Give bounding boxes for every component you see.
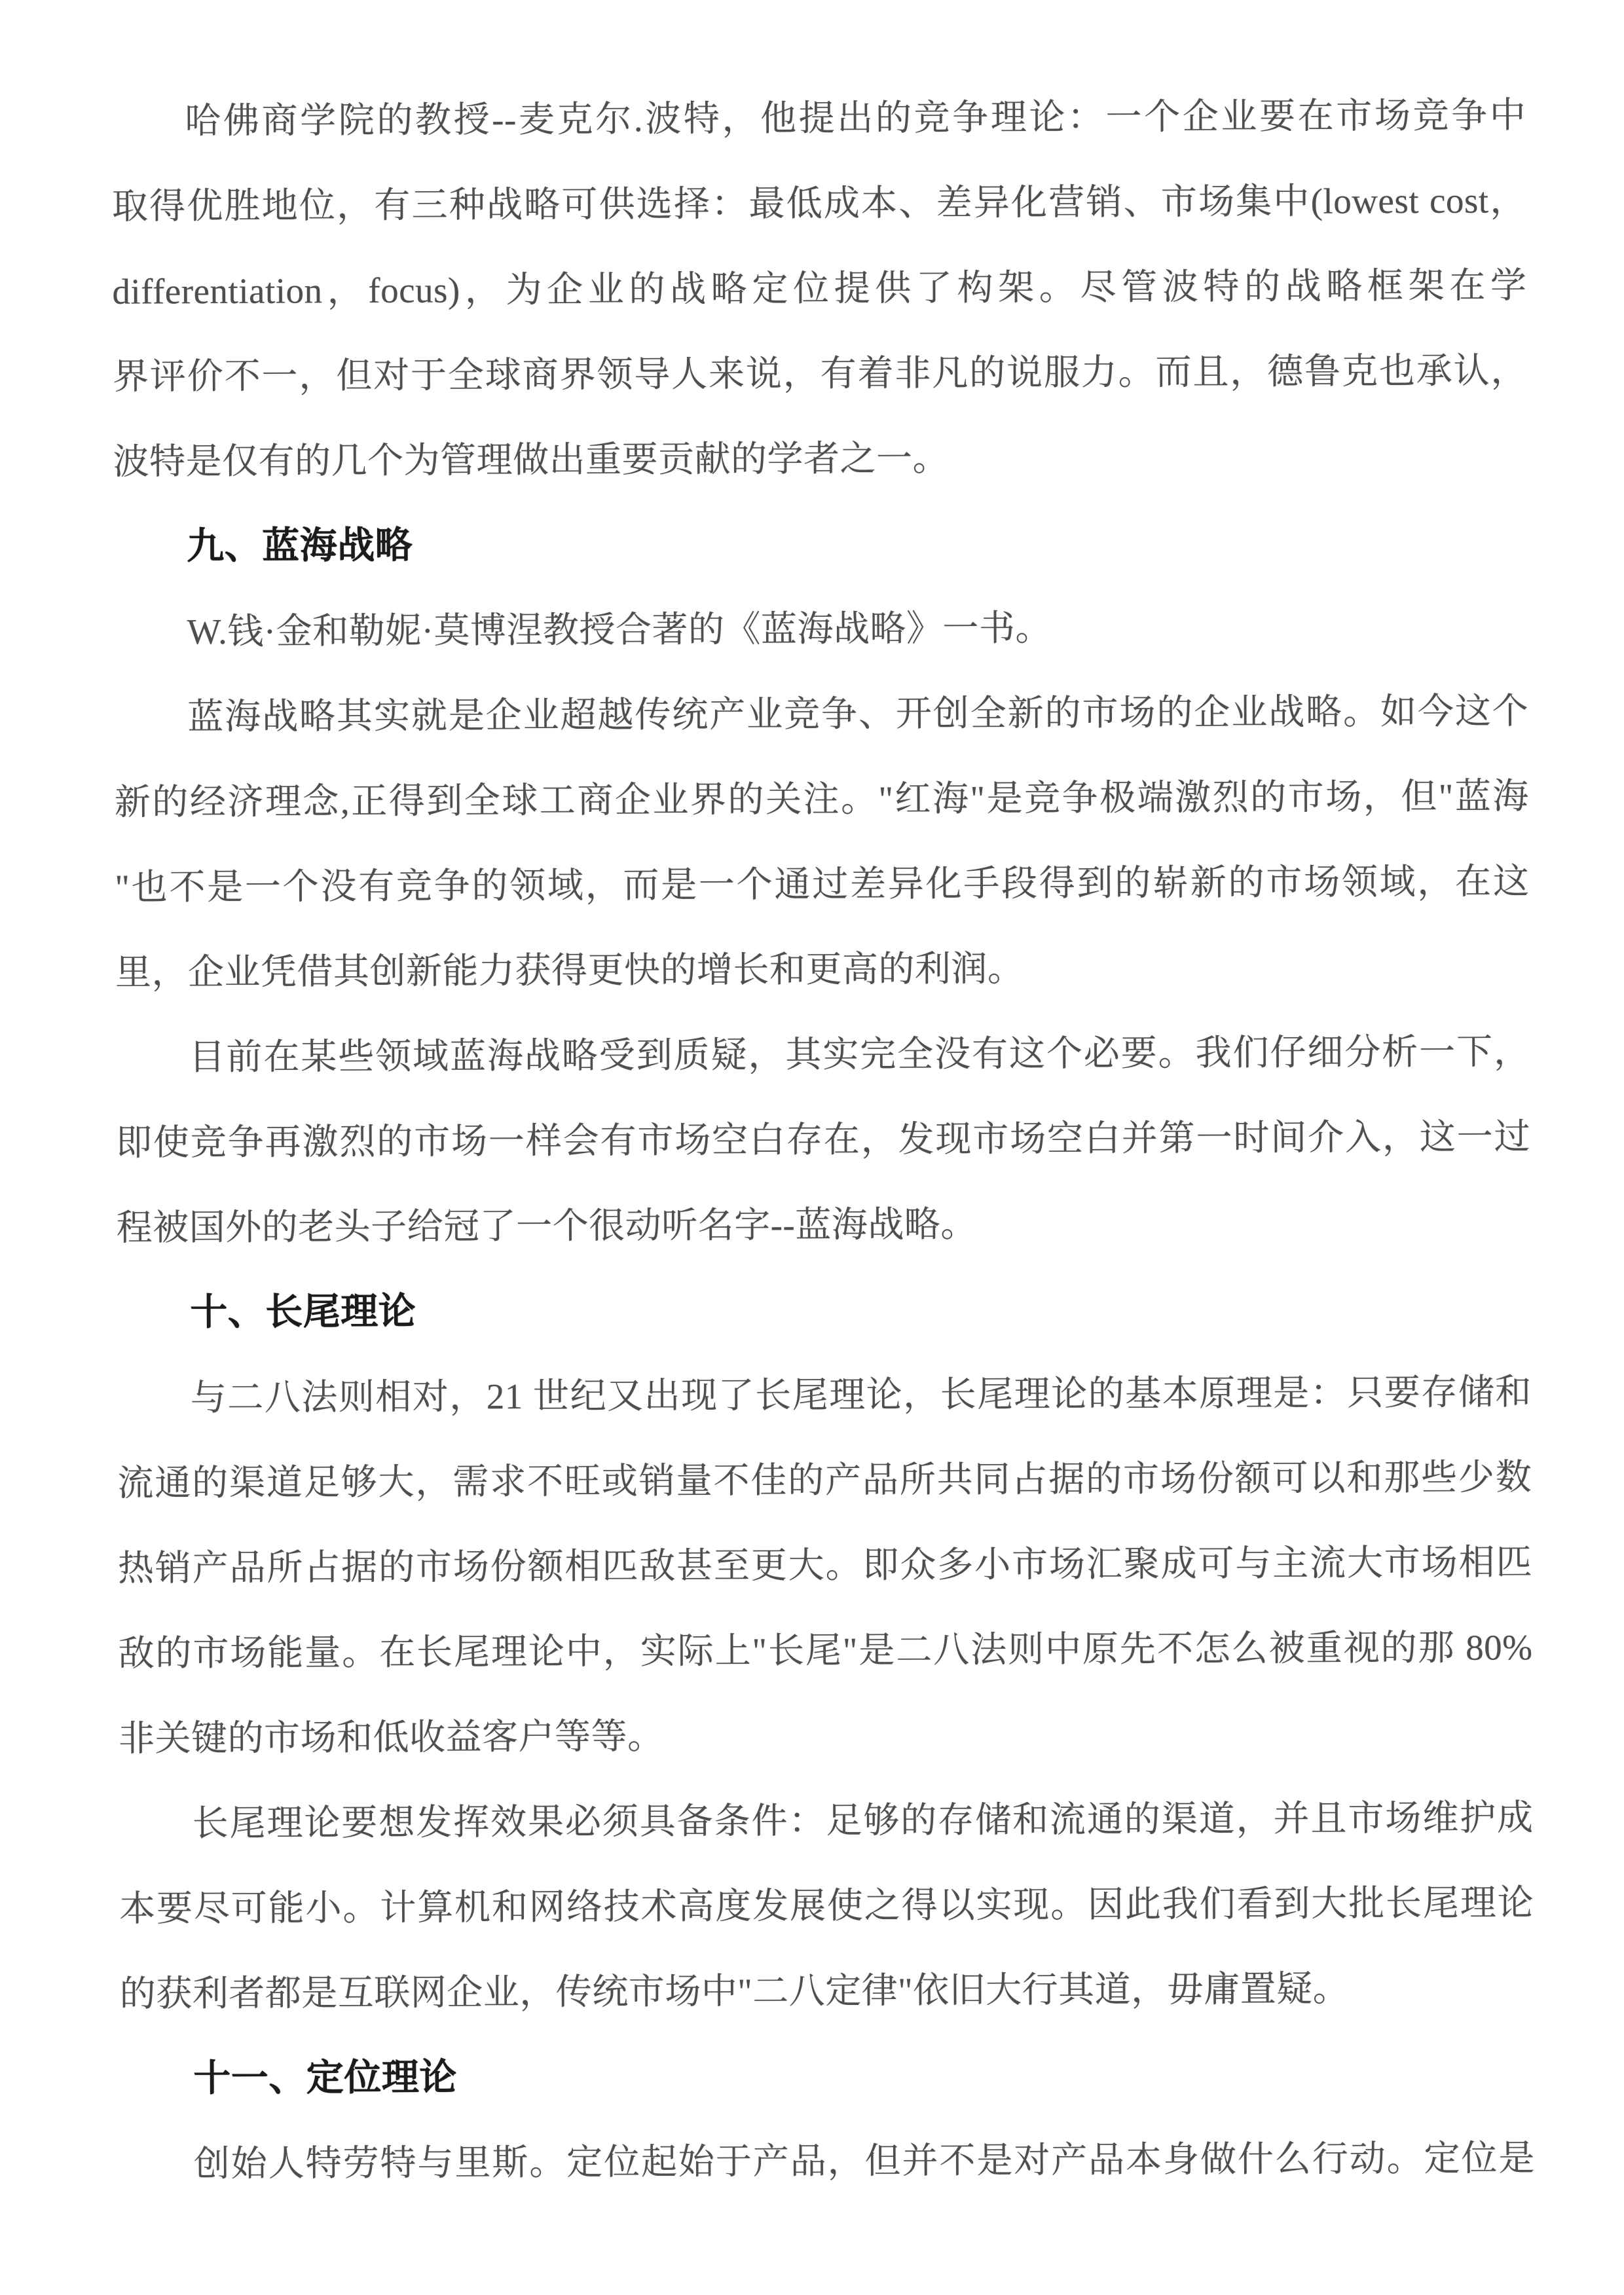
text-line: 程被国外的老头子给冠了一个很动听名字--蓝海战略。 <box>116 1179 1531 1270</box>
text-line: 本要尽可能小。计算机和网络技术高度发展使之得以实现。因此我们看到大批长尾理论 <box>119 1860 1534 1951</box>
text-line: 与二八法则相对，21 世纪又出现了长尾理论，长尾理论的基本原理是：只要存储和 <box>117 1349 1532 1441</box>
text-line: 长尾理论要想发挥效果必须具备条件：足够的存储和流通的渠道，并且市场维护成 <box>119 1775 1534 1866</box>
section-heading-blue-ocean-strategy: 九、蓝海战略 <box>113 498 1528 589</box>
text-line: W.钱·金和勒妮·莫博涅教授合著的《蓝海战略》一书。 <box>113 583 1528 674</box>
text-line: "也不是一个没有竞争的领域，而是一个通过差异化手段得到的崭新的市场领域，在这 <box>115 839 1530 930</box>
text-line: 哈佛商学院的教授--麦克尔.波特，他提出的竞争理论：一个企业要在市场竞争中 <box>111 73 1526 164</box>
text-line: 波特是仅有的几个为管理做出重要贡献的学者之一。 <box>113 413 1528 504</box>
document-text: 哈佛商学院的教授--麦克尔.波特，他提出的竞争理论：一个企业要在市场竞争中 取得… <box>111 73 1535 2207</box>
text-line: 新的经济理念,正得到全球工商企业界的关注。"红海"是竞争极端激烈的市场，但"蓝海 <box>115 754 1530 845</box>
text-line: 流通的渠道足够大，需求不旺或销量不佳的产品所共同占据的市场份额可以和那些少数 <box>117 1435 1532 1526</box>
document-page: 哈佛商学院的教授--麦克尔.波特，他提出的竞争理论：一个企业要在市场竞争中 取得… <box>0 0 1624 2295</box>
text-line: 里，企业凭借其创新能力获得更快的增长和更高的利润。 <box>115 924 1530 1015</box>
text-line: 取得优胜地位，有三种战略可供选择：最低成本、差异化营销、市场集中(lowest … <box>112 158 1527 249</box>
text-line: 界评价不一，但对于全球商界领导人来说，有着非凡的说服力。而且，德鲁克也承认， <box>113 328 1528 419</box>
text-line: differentiation，focus)，为企业的战略定位提供了构架。尽管波… <box>112 243 1527 334</box>
text-line: 敌的市场能量。在长尾理论中，实际上"长尾"是二八法则中原先不怎么被重视的那 80… <box>118 1605 1533 1696</box>
text-line: 蓝海战略其实就是企业超越传统产业竞争、开创全新的市场的企业战略。如今这个 <box>114 669 1529 760</box>
text-line: 创始人特劳特与里斯。定位起始于产品，但并不是对产品本身做什么行动。定位是 <box>120 2116 1536 2207</box>
section-heading-long-tail-theory: 十、长尾理论 <box>117 1264 1532 1355</box>
text-line: 即使竞争再激烈的市场一样会有市场空白存在，发现市场空白并第一时间介入，这一过 <box>116 1094 1531 1185</box>
text-line: 非关键的市场和低收益客户等等。 <box>119 1690 1534 1781</box>
text-line: 热销产品所占据的市场份额相匹敌甚至更大。即众多小市场汇聚成可与主流大市场相匹 <box>118 1520 1533 1611</box>
text-line: 目前在某些领域蓝海战略受到质疑，其实完全没有这个必要。我们仔细分析一下， <box>115 1009 1530 1100</box>
text-line: 的获利者都是互联网企业，传统市场中"二八定律"依旧大行其道，毋庸置疑。 <box>119 1945 1534 2036</box>
section-heading-positioning-theory: 十一、定位理论 <box>120 2030 1535 2121</box>
